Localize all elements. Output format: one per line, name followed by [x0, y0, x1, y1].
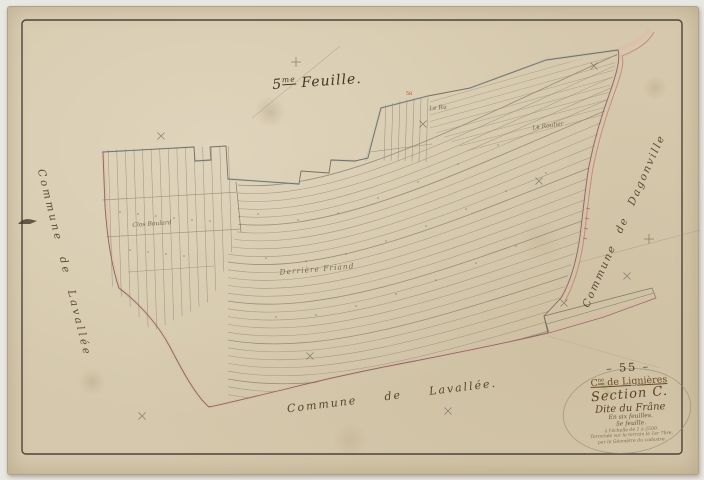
cartouche: – 55 – Cne de Lignières Section C. Dite … [556, 358, 704, 447]
margin-ink-mark [18, 219, 37, 224]
parcel-strips-mid-block [370, 98, 432, 162]
parcel-strips-left-block [102, 146, 242, 338]
sheet-number-ordinal: me [282, 75, 297, 86]
scanned-cadastral-map: 5me Feuille. Commune de Lavallée Commune… [0, 0, 704, 480]
parcel-strips-main [228, 44, 640, 400]
red-parcel-number: 58 [406, 91, 412, 97]
parcel-number-marks [119, 126, 547, 318]
